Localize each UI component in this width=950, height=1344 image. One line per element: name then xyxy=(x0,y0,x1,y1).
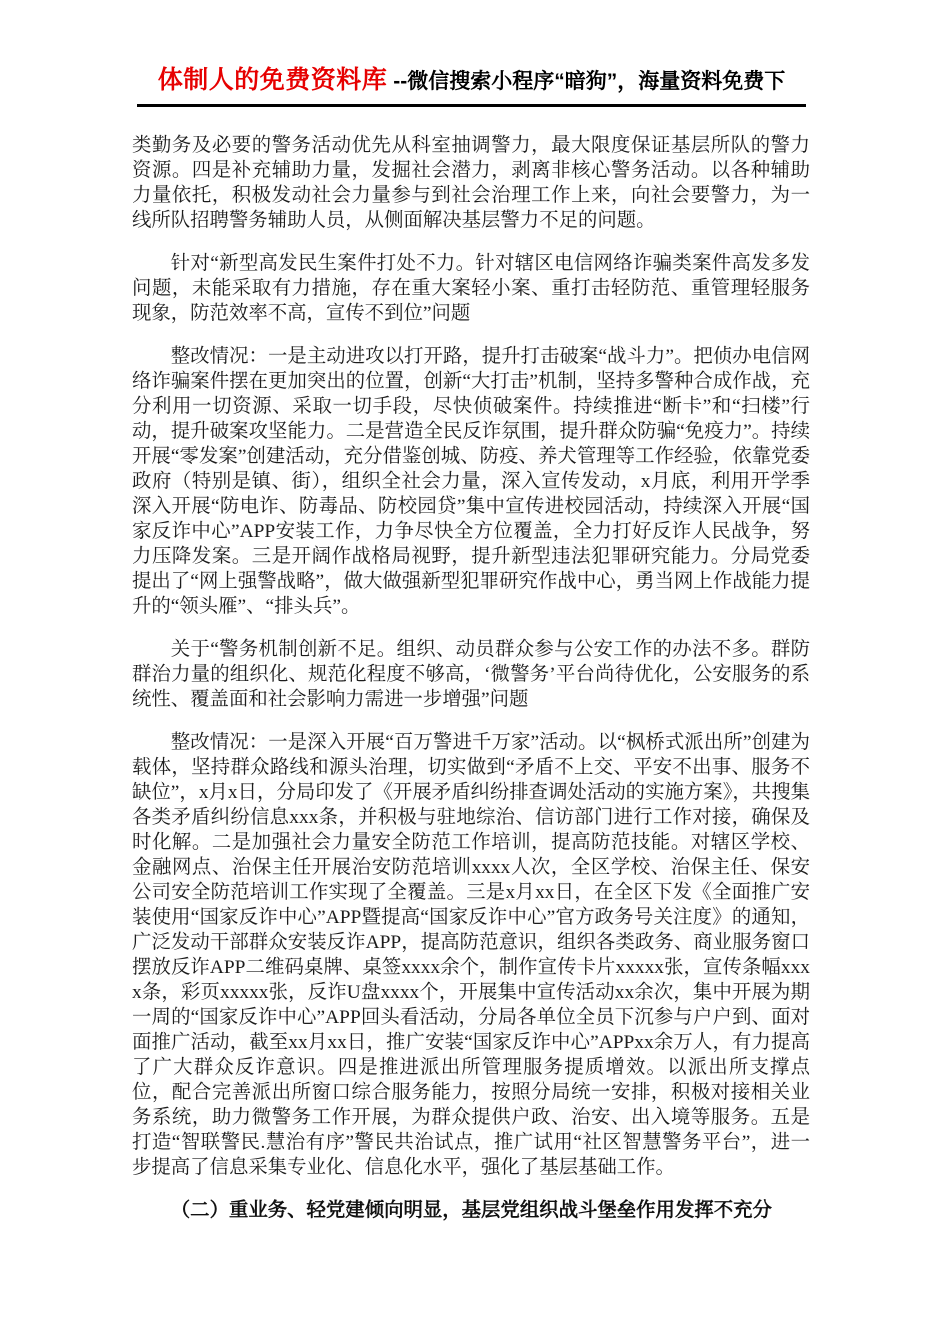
document-paragraph: 类勤务及必要的警务活动优先从科室抽调警力，最大限度保证基层所队的警力资源。四是补… xyxy=(132,133,810,233)
document-paragraph: 针对“新型高发民生案件打处不力。针对辖区电信网络诈骗类案件高发多发问题，未能采取… xyxy=(132,251,810,326)
promo-banner: 体制人的免费资料库--微信搜索小程序“暗狗”，海量资料免费下 xyxy=(137,64,806,107)
document-page: 体制人的免费资料库--微信搜索小程序“暗狗”，海量资料免费下 类勤务及必要的警务… xyxy=(0,0,950,1344)
section-heading: （二）重业务、轻党建倾向明显，基层党组织战斗堡垒作用发挥不充分 xyxy=(132,1198,810,1223)
document-paragraph: 关于“警务机制创新不足。组织、动员群众参与公安工作的办法不多。群防群治力量的组织… xyxy=(132,637,810,712)
banner-brand-text: 体制人的免费资料库 xyxy=(158,66,388,94)
banner-tagline-text: --微信搜索小程序“暗狗”，海量资料免费下 xyxy=(393,70,785,93)
document-paragraph: 整改情况：一是深入开展“百万警进千万家”活动。以“枫桥式派出所”创建为载体，坚持… xyxy=(132,730,810,1180)
document-body: 类勤务及必要的警务活动优先从科室抽调警力，最大限度保证基层所队的警力资源。四是补… xyxy=(132,133,810,1223)
document-paragraph: 整改情况：一是主动进攻以打开路，提升打击破案“战斗力”。把侦办电信网络诈骗案件摆… xyxy=(132,344,810,619)
